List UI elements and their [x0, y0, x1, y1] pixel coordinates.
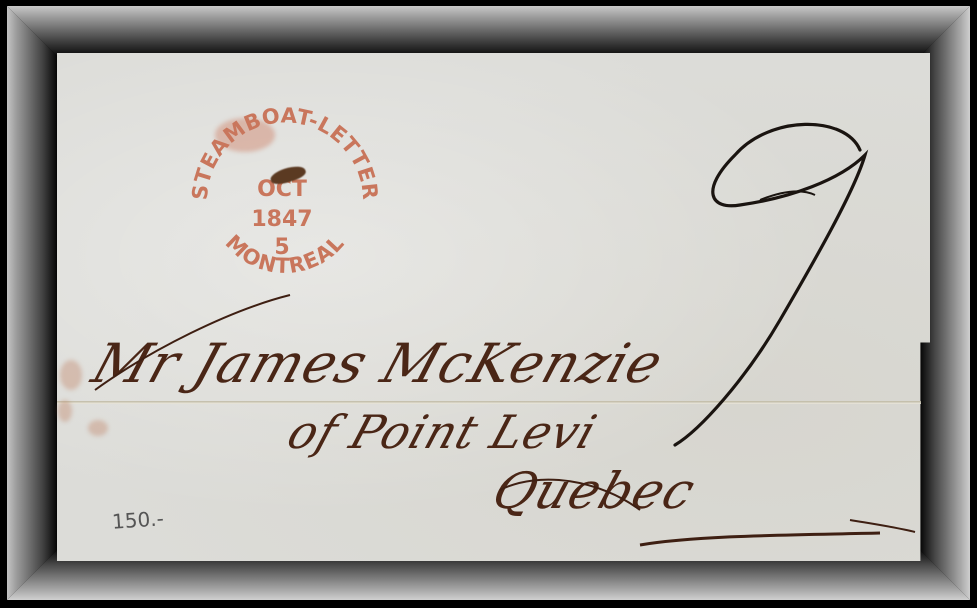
handstamp-year: 1847 [251, 207, 312, 232]
foxing-stain [60, 360, 82, 390]
rate-marking-9 [640, 110, 880, 450]
address-line-3: Quebec [486, 462, 703, 520]
address-line-1: Mr James McKenzie [85, 332, 671, 395]
frame-left [7, 6, 57, 600]
handstamp-day: 5 [274, 235, 289, 260]
address-line-2: of Point Levi [281, 405, 604, 459]
pencil-price-note: 150.- [111, 506, 164, 534]
foxing-stain [88, 420, 108, 436]
frame-top [7, 6, 970, 56]
steamboat-letter-handstamp: STEAMBOAT-LETTER MONTREAL OCT 1847 5 [190, 108, 380, 298]
foxing-stain [58, 400, 72, 422]
